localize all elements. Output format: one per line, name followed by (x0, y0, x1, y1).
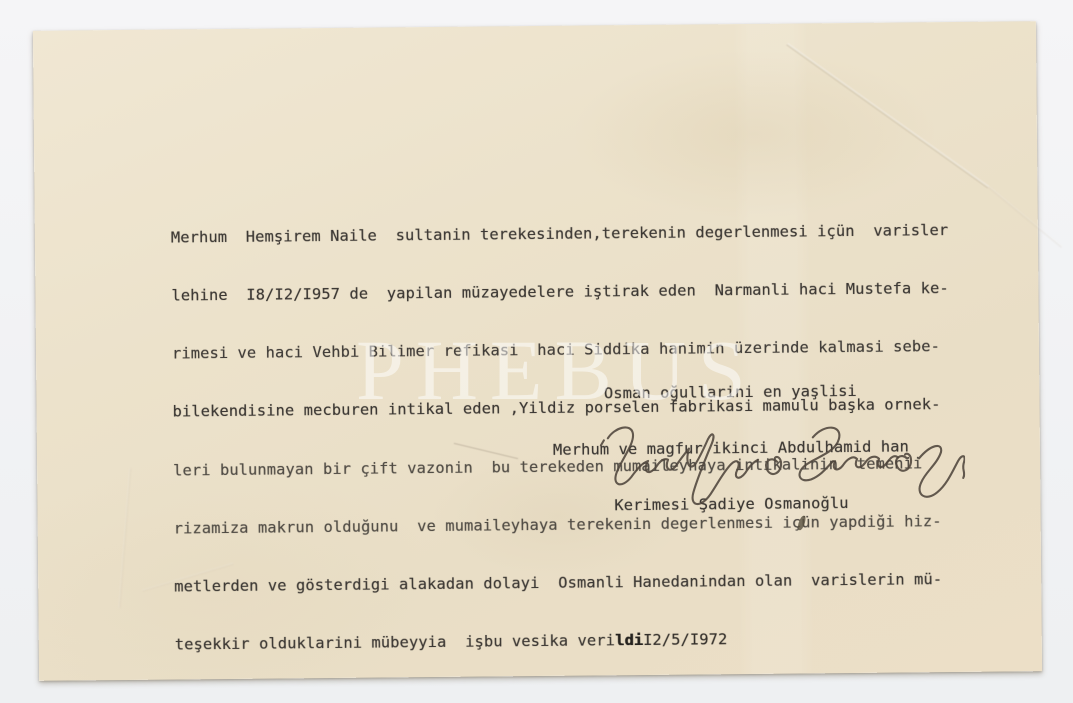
paper-crease-bottom-left (118, 468, 131, 608)
issue-date: I2/5/I972 (643, 631, 727, 650)
typed-line: Merhum Hemşirem Naile sultanin terekesin… (171, 221, 949, 248)
typed-line-with-date: teşekkir olduklarini mübeyyia işbu vesik… (175, 628, 953, 655)
typed-line: metlerden ve gösterdigi alakadan dolayi … (174, 570, 952, 597)
handwritten-signature (545, 408, 966, 520)
paper-crease-top-right (786, 43, 989, 189)
signature-stroke-last-name (766, 427, 899, 481)
paper-crease-top-right-tail (988, 186, 1063, 248)
photo-background: Merhum Hemşirem Naile sultanin terekesin… (0, 0, 1073, 703)
closing-line: Osman oğullarini en yaşlisi (430, 380, 1030, 404)
typed-line-part: teşekkir olduklarini mübeyyia işbu vesik… (175, 632, 615, 654)
document-paper: Merhum Hemşirem Naile sultanin terekesin… (33, 21, 1042, 681)
typed-line: lehine I8/I2/I957 de yapilan müzayedeler… (171, 279, 949, 306)
signature-stroke-first-name (601, 426, 759, 505)
signature-stroke-flourish (896, 446, 965, 497)
overstruck-text: ldi (615, 631, 643, 649)
